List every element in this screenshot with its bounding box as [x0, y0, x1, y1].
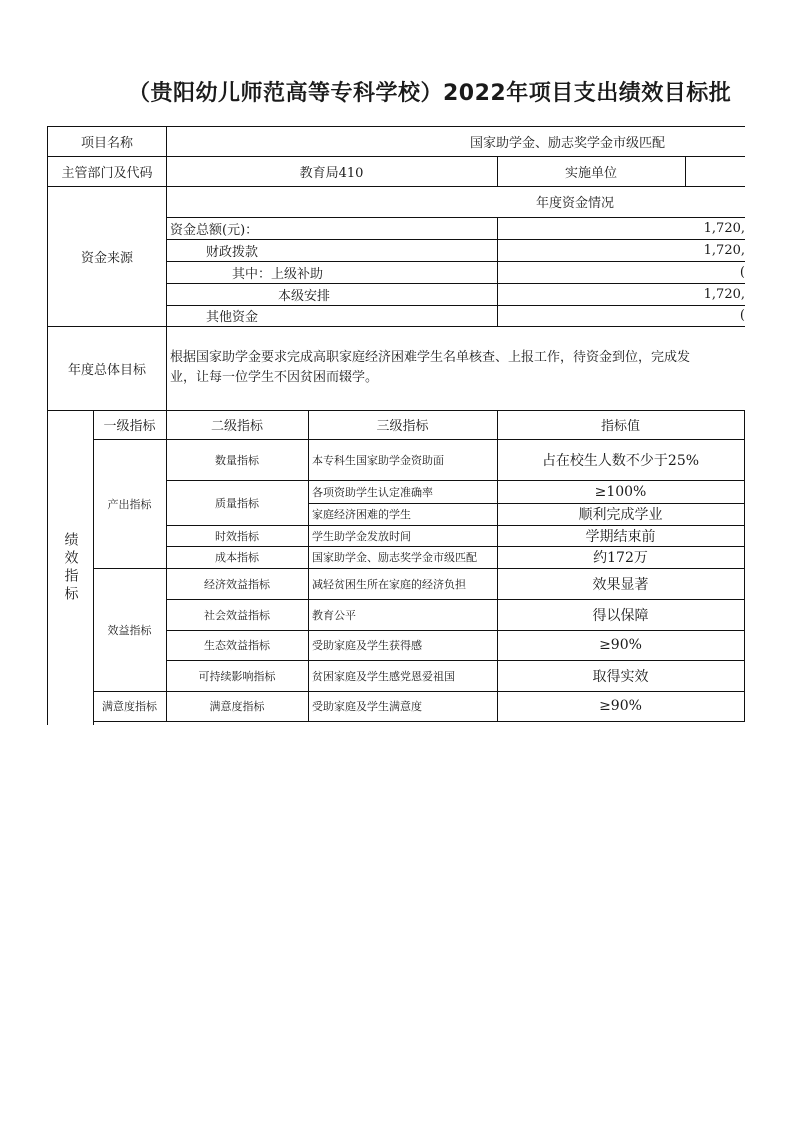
level2-cell: 成本指标 [166, 546, 309, 569]
level2-cell: 满意度指标 [166, 691, 309, 722]
indicator-value: 约172万 [497, 546, 745, 569]
level2-cell: 生态效益指标 [166, 630, 309, 661]
project-name-label: 项目名称 [47, 126, 167, 157]
level3-cell: 家庭经济困难的学生 [308, 503, 498, 526]
impl-unit-label: 实施单位 [497, 156, 686, 187]
indicator-value: 学期结束前 [497, 525, 745, 547]
funding-row-label: 其他资金 [166, 305, 498, 327]
funding-row-label: 本级安排 [166, 283, 498, 306]
funding-row-label: 其中：上级补助 [166, 261, 498, 284]
level2-cell: 经济效益指标 [166, 568, 309, 600]
level3-cell: 国家助学金、励志奖学金市级匹配 [308, 546, 498, 569]
annual-goal-line-2: 业，让每一位学生不因贫困而辍学。 [170, 368, 378, 388]
indicator-value: 得以保障 [497, 599, 745, 631]
level2-cell: 可持续影响指标 [166, 660, 309, 692]
indicator-value: 顺利完成学业 [497, 503, 745, 526]
annual-goal-label: 年度总体目标 [47, 326, 167, 411]
indicator-value: 占在校生人数不少于25% [497, 439, 745, 481]
annual-goal-text: 根据国家助学金要求完成高职家庭经济困难学生名单核查、上报工作，待资金到位，完成发… [166, 326, 745, 411]
performance-indicators-label: 绩效指标 [47, 410, 94, 725]
level3-cell: 减轻贫困生所在家庭的经济负担 [308, 568, 498, 600]
funding-row-value: ( [497, 305, 745, 327]
indicator-value: ≥100% [497, 480, 745, 504]
header-level2: 二级指标 [166, 410, 309, 440]
funding-row-value: 1,720, [497, 239, 745, 262]
project-name-text: 国家助学金、励志奖学金市级匹配 [470, 132, 665, 151]
annual-goal-line-1: 根据国家助学金要求完成高职家庭经济困难学生名单核查、上报工作，待资金到位，完成发 [170, 348, 690, 368]
header-value: 指标值 [497, 410, 745, 440]
funding-header-text: 年度资金情况 [536, 192, 614, 211]
funding-row-label: 财政拨款 [166, 239, 498, 262]
level2-cell: 社会效益指标 [166, 599, 309, 631]
funding-row-value: 1,720, [497, 217, 745, 240]
level3-cell: 受助家庭及学生满意度 [308, 691, 498, 722]
level2-cell: 时效指标 [166, 525, 309, 547]
funding-header: 年度资金情况 [166, 186, 745, 218]
level1-satisfaction: 满意度指标 [93, 691, 167, 722]
level3-cell: 贫困家庭及学生感党恩爱祖国 [308, 660, 498, 692]
level1-output: 产出指标 [93, 439, 167, 569]
indicator-value: ≥90% [497, 691, 745, 722]
header-level1: 一级指标 [93, 410, 167, 440]
indicator-value: 效果显著 [497, 568, 745, 600]
funding-row-label: 资金总额(元)： [166, 217, 498, 240]
dept-label: 主管部门及代码 [47, 156, 167, 187]
level3-cell: 本专科生国家助学金资助面 [308, 439, 498, 481]
level3-cell: 受助家庭及学生获得感 [308, 630, 498, 661]
project-name-value: 国家助学金、励志奖学金市级匹配 [166, 126, 745, 157]
impl-unit-value [685, 156, 745, 187]
header-level3: 三级指标 [308, 410, 498, 440]
indicator-value: 取得实效 [497, 660, 745, 692]
level2-cell: 质量指标 [166, 480, 309, 526]
funding-row-value: ( [497, 261, 745, 284]
level3-cell: 学生助学金发放时间 [308, 525, 498, 547]
funding-source-label: 资金来源 [47, 186, 167, 327]
performance-target-table: 项目名称 国家助学金、励志奖学金市级匹配 主管部门及代码 教育局410 实施单位… [0, 0, 745, 1122]
level1-benefit: 效益指标 [93, 568, 167, 692]
funding-row-value: 1,720, [497, 283, 745, 306]
level2-cell: 数量指标 [166, 439, 309, 481]
dept-value: 教育局410 [166, 156, 498, 187]
indicator-value: ≥90% [497, 630, 745, 661]
performance-indicators-text: 绩效指标 [61, 532, 81, 604]
level3-cell: 各项资助学生认定准确率 [308, 480, 498, 504]
level3-cell: 教育公平 [308, 599, 498, 631]
